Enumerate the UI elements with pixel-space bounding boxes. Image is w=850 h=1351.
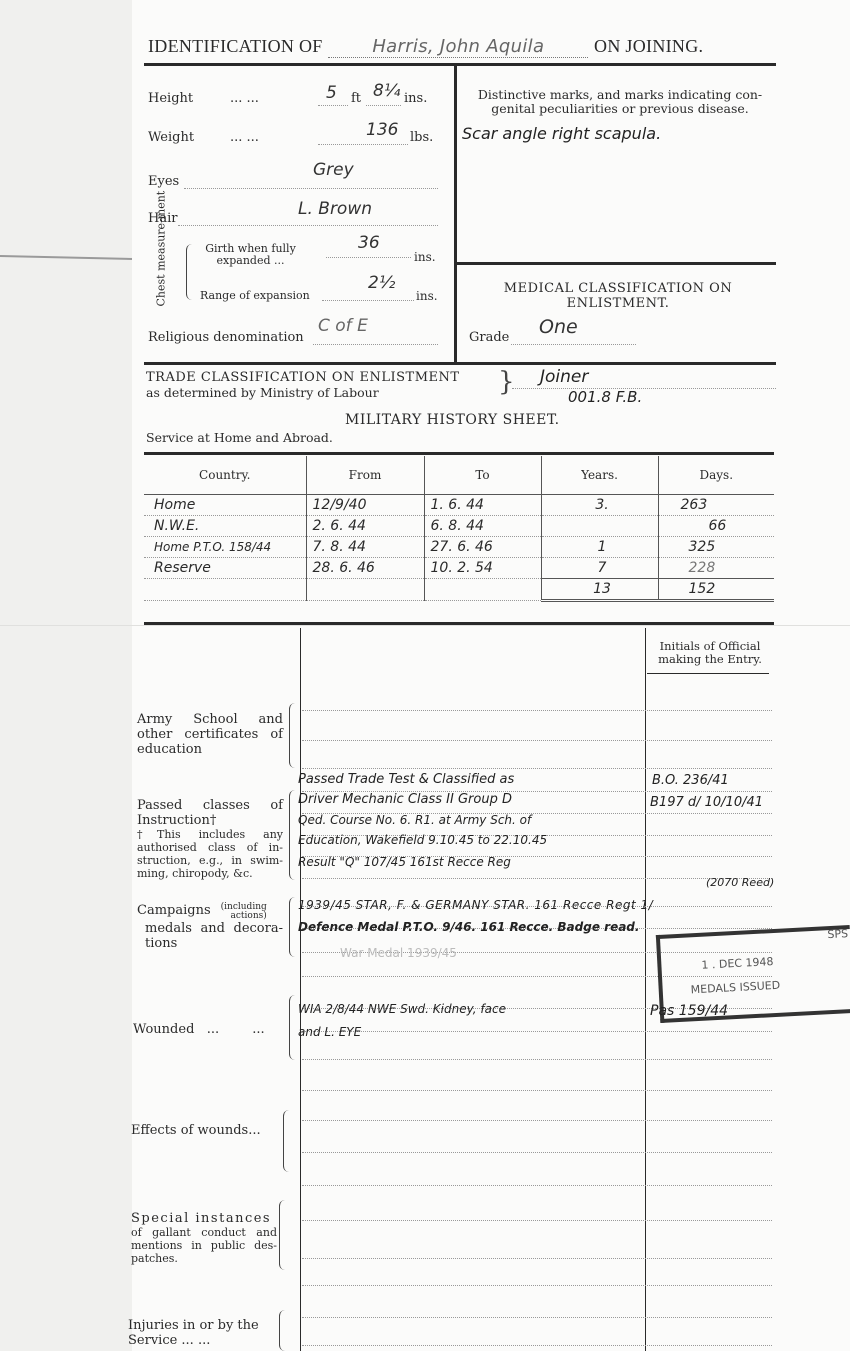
ruled-line (302, 1031, 772, 1032)
from-cell (306, 579, 424, 601)
trade-subheading: as determined by Ministry of Labour (146, 385, 379, 400)
section-rule (144, 362, 776, 365)
passed-classes-brace (289, 790, 296, 880)
ruled-line (302, 1185, 772, 1186)
ins-label: ins. (404, 91, 427, 106)
initials-rule (647, 673, 769, 674)
injuries-label: Injuries in or by the Service ... ... (128, 1318, 276, 1348)
years-cell: 1 (541, 537, 658, 558)
initials-divider (645, 628, 646, 1351)
trade-code: 001.8 F.B. (568, 388, 642, 406)
special-instances-title: Special instances (131, 1211, 277, 1226)
table-header-row: Country. From To Years. Days. (144, 456, 774, 495)
range-value: 2½ (368, 273, 395, 293)
wounded-initials: Pas 159/44 (650, 1003, 728, 1019)
passed-classes-entry: Driver Mechanic Class II Group D (298, 792, 512, 807)
girth-value: 36 (358, 237, 380, 249)
document-title: IDENTIFICATION OF Harris, John Aquila ON… (148, 36, 780, 58)
stamp-line: SPS (827, 927, 848, 941)
ruled-line (302, 740, 772, 741)
to-cell: 27. 6. 46 (424, 537, 541, 558)
ft-label: ft (351, 91, 361, 106)
initials-heading: Initials of Official making the Entry. (650, 640, 770, 666)
title-prefix: IDENTIFICATION OF (148, 36, 323, 56)
stamp-date: 1 . DEC 1948 (701, 955, 774, 972)
passed-classes-entry: Passed Trade Test & Classified as (298, 772, 514, 787)
wounded-entry: and L. EYE (298, 1025, 361, 1039)
special-instances-label: Special instances of gallant conduct and… (131, 1211, 277, 1265)
country-cell: N.W.E. (144, 516, 306, 537)
ruled-line (302, 1317, 772, 1318)
ruled-line (302, 878, 772, 879)
paper-backing (0, 0, 140, 1351)
table-row: Home P.T.O. 158/44 7. 8. 44 27. 6. 46 1 … (144, 537, 774, 558)
girth-label: Girth when fully expanded ... (198, 243, 303, 267)
title-suffix: ON JOINING. (594, 36, 703, 56)
country-cell: Reserve (144, 558, 306, 579)
column-header: Days. (658, 456, 774, 495)
column-header: To (424, 456, 541, 495)
special-instances-note: of gallant conduct and mentions in publi… (131, 1226, 277, 1265)
ruled-line (302, 1120, 772, 1121)
trade-heading: TRADE CLASSIFICATION ON ENLISTMENT (146, 370, 460, 385)
religion-value: C of E (318, 316, 368, 336)
weight-label: Weight (148, 130, 194, 145)
title-rule (144, 63, 776, 66)
religion-label: Religious denomination (148, 330, 304, 345)
table-row: Reserve 28. 6. 46 10. 2. 54 7 228 (144, 558, 774, 579)
height-field: Height ... ... 5 ft 8¼ ins. (148, 91, 448, 106)
trade-brace: } (498, 367, 515, 397)
height-label: Height (148, 91, 193, 106)
total-years-cell: 13 (541, 579, 658, 601)
passed-classes-title: Passed classes of Instruction† (137, 798, 283, 828)
height-dots: ... ... (230, 91, 259, 106)
weight-value: 136 (366, 120, 398, 140)
eyes-value: Grey (313, 160, 354, 180)
days-cell: 263 (658, 495, 774, 516)
campaigns-title-rest: medals and decora-tions (137, 921, 283, 951)
trade-line (512, 388, 776, 389)
special-instances-brace (279, 1200, 286, 1270)
ruled-line (302, 768, 772, 769)
table-total-row: 13 152 (144, 579, 774, 601)
ruled-line (302, 1258, 772, 1259)
from-cell: 12/9/40 (306, 495, 424, 516)
campaigns-entry: Defence Medal P.T.O. 9/46. 161 Recce. Ba… (298, 920, 639, 934)
army-school-brace (289, 703, 296, 768)
trade-value: Joiner (540, 367, 588, 387)
from-cell: 28. 6. 46 (306, 558, 424, 579)
passed-classes-label: Passed classes of Instruction† †This inc… (137, 798, 283, 880)
weight-unit: lbs. (410, 130, 433, 145)
distinctive-marks-value: Scar angle right scapula. (462, 124, 661, 143)
document-sheet (132, 0, 850, 1351)
campaigns-entry: 1939/45 STAR, F. & GERMANY STAR. 161 Rec… (298, 898, 653, 912)
campaigns-note: (including actions) (215, 903, 267, 921)
hair-field: Hair L. Brown (148, 211, 448, 226)
to-cell: 10. 2. 54 (424, 558, 541, 579)
girth-field: Girth when fully expanded ... 36 ins. (198, 243, 448, 267)
medical-heading: MEDICAL CLASSIFICATION ON ENLISTMENT. (478, 281, 758, 311)
column-header: Country. (144, 456, 306, 495)
soldier-name: Harris, John Aquila (328, 36, 588, 58)
passed-classes-note: †This includes any authorised class of i… (137, 828, 283, 880)
effects-brace (283, 1110, 290, 1172)
country-cell: Home (144, 495, 306, 516)
country-cell: Home P.T.O. 158/44 (144, 537, 306, 558)
passed-classes-initials: B197 d/ 10/10/41 (650, 795, 763, 810)
weight-dots: ... ... (230, 130, 259, 145)
passed-classes-entry: Qed. Course No. 6. R1. at Army Sch. of (298, 813, 531, 827)
country-cell (144, 579, 306, 601)
table-top-rule (144, 452, 774, 455)
effects-of-wounds-label: Effects of wounds... (131, 1123, 281, 1138)
campaigns-entry-faint: War Medal 1939/45 (340, 946, 457, 960)
to-cell: 6. 8. 44 (424, 516, 541, 537)
grade-value: One (539, 316, 578, 338)
medical-rule (456, 262, 776, 265)
ruled-line (302, 1090, 772, 1091)
wounded-entry: WIA 2/8/44 NWE Swd. Kidney, face (298, 1002, 506, 1016)
height-inches: 8¼ (373, 81, 400, 101)
campaigns-label: Campaigns (including actions) medals and… (137, 903, 283, 951)
military-history-subtitle: Service at Home and Abroad. (146, 430, 333, 445)
weight-field: Weight ... ... 136 lbs. (148, 130, 448, 145)
military-history-table: Country. From To Years. Days. Home 12/9/… (144, 456, 774, 602)
ruled-line (302, 1059, 772, 1060)
days-cell: 66 (658, 516, 774, 537)
military-history-title: MILITARY HISTORY SHEET. (345, 412, 560, 428)
eyes-label: Eyes (148, 174, 179, 189)
range-label: Range of expansion (200, 289, 310, 302)
ruled-line (302, 1285, 772, 1286)
total-days-cell: 152 (658, 579, 774, 601)
ruled-line (302, 1152, 772, 1153)
army-school-label: Army School and other certificates of ed… (137, 712, 283, 757)
distinctive-marks-heading: Distinctive marks, and marks indicating … (460, 88, 780, 116)
table-row: N.W.E. 2. 6. 44 6. 8. 44 66 (144, 516, 774, 537)
chest-brace (186, 244, 193, 300)
years-cell: 7 (541, 558, 658, 579)
to-cell: 1. 6. 44 (424, 495, 541, 516)
grade-field: Grade One (469, 330, 669, 345)
chest-side-label: Chest measure-ment (146, 238, 176, 308)
years-cell: 3. (541, 495, 658, 516)
passed-classes-entry: Result "Q" 107/45 161st Recce Reg (298, 855, 511, 869)
from-cell: 2. 6. 44 (306, 516, 424, 537)
campaigns-brace (289, 897, 296, 957)
column-header: From (306, 456, 424, 495)
injuries-brace (279, 1310, 286, 1351)
campaigns-note-entry: (2070 Reed) (706, 876, 774, 889)
from-cell: 7. 8. 44 (306, 537, 424, 558)
record-left-divider (300, 628, 301, 1351)
passed-classes-initials: B.O. 236/41 (652, 773, 729, 788)
girth-unit: ins. (414, 251, 436, 263)
ruled-line (302, 710, 772, 711)
to-cell (424, 579, 541, 601)
campaigns-title: Campaigns (137, 903, 211, 918)
height-feet: 5 (326, 83, 337, 103)
passed-classes-entry: Education, Wakefield 9.10.45 to 22.10.45 (298, 833, 547, 847)
hair-value: L. Brown (298, 199, 372, 219)
table-bottom-rule (144, 622, 774, 625)
fold-line (0, 625, 850, 626)
days-cell: 325 (658, 537, 774, 558)
religion-field: Religious denomination C of E (148, 330, 448, 345)
stamp-text: MEDALS ISSUED (690, 979, 780, 997)
ruled-line (302, 1220, 772, 1221)
table-row: Home 12/9/40 1. 6. 44 3. 263 (144, 495, 774, 516)
years-cell (541, 516, 658, 537)
range-unit: ins. (416, 289, 438, 303)
days-cell: 228 (658, 558, 774, 579)
wounded-label: Wounded ... ... (133, 1022, 283, 1037)
range-field: Range of expansion 2½ ins. (200, 289, 450, 302)
wounded-brace (289, 995, 296, 1060)
eyes-field: Eyes Grey (148, 174, 448, 189)
column-header: Years. (541, 456, 658, 495)
ruled-line (302, 1345, 772, 1346)
grade-label: Grade (469, 330, 509, 345)
identification-divider (454, 66, 457, 362)
